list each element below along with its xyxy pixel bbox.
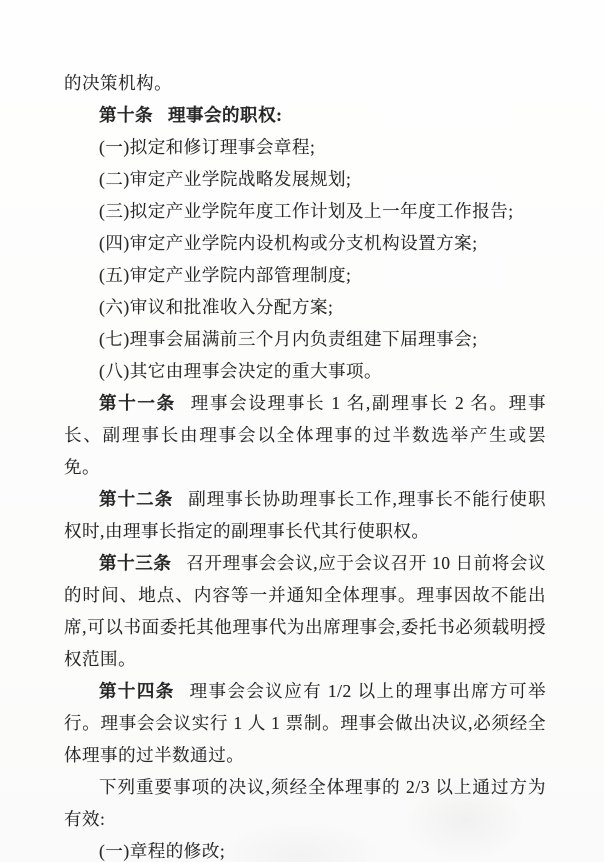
clause-text: (四)审定产业学院内设机构或分支机构设置方案;: [99, 233, 478, 253]
clause-item-1: (一)拟定和修订理事会章程;: [64, 131, 546, 163]
article-number-label: 第十条: [99, 105, 153, 125]
clause-item-6: (六)审议和批准收入分配方案;: [64, 291, 546, 323]
clause-text: (七)理事会届满前三个月内负责组建下届理事会;: [99, 329, 478, 349]
article-number-label: 第十二条: [99, 489, 173, 509]
article-11-paragraph: 第十一条理事会设理事长 1 名,副理事长 2 名。理事长、副理事长由理事会以全体…: [64, 387, 546, 483]
paragraph-text: 的决策机构。: [64, 73, 172, 93]
article-heading-text: 理事会的职权:: [168, 105, 283, 125]
clause-item-4: (四)审定产业学院内设机构或分支机构设置方案;: [64, 227, 546, 259]
article-number-label: 第十三条: [99, 553, 172, 573]
clause-item-7: (七)理事会届满前三个月内负责组建下届理事会;: [64, 323, 546, 355]
clause-text: (一)章程的修改;: [99, 841, 225, 861]
article-13-paragraph: 第十三条召开理事会会议,应于会议召开 10 日前将会议的时间、地点、内容等一并通…: [64, 547, 546, 675]
article-number-label: 第十四条: [99, 681, 175, 701]
clause-item-3: (三)拟定产业学院年度工作计划及上一年度工作报告;: [64, 195, 546, 227]
paragraph-continuation: 的决策机构。: [64, 67, 546, 99]
clause-text: (二)审定产业学院战略发展规划;: [99, 169, 351, 189]
clause-text: (五)审定产业学院内部管理制度;: [99, 265, 351, 285]
article-number-label: 第十一条: [99, 393, 176, 413]
clause-text: (六)审议和批准收入分配方案;: [99, 297, 333, 317]
clause-text: (八)其它由理事会决定的重大事项。: [99, 361, 382, 381]
document-text-block: 的决策机构。 第十条理事会的职权: (一)拟定和修订理事会章程; (二)审定产业…: [64, 67, 546, 862]
clause-text: (三)拟定产业学院年度工作计划及上一年度工作报告;: [99, 201, 514, 221]
clause-item-5: (五)审定产业学院内部管理制度;: [64, 259, 546, 291]
article-10-heading: 第十条理事会的职权:: [64, 99, 546, 131]
document-page: 的决策机构。 第十条理事会的职权: (一)拟定和修订理事会章程; (二)审定产业…: [0, 0, 604, 862]
clause-item-8: (八)其它由理事会决定的重大事项。: [64, 355, 546, 387]
clause-text: (一)拟定和修订理事会章程;: [99, 137, 315, 157]
paragraph-text: 下列重要事项的决议,须经全体理事的 2/3 以上通过方为有效:: [64, 777, 546, 829]
article-14-paragraph: 第十四条理事会会议应有 1/2 以上的理事出席方可举行。理事会会议实行 1 人 …: [64, 675, 546, 771]
important-matters-paragraph: 下列重要事项的决议,须经全体理事的 2/3 以上通过方为有效:: [64, 771, 546, 835]
important-matters-item-1: (一)章程的修改;: [64, 835, 546, 862]
article-12-paragraph: 第十二条副理事长协助理事长工作,理事长不能行使职权时,由理事长指定的副理事长代其…: [64, 483, 546, 547]
clause-item-2: (二)审定产业学院战略发展规划;: [64, 163, 546, 195]
